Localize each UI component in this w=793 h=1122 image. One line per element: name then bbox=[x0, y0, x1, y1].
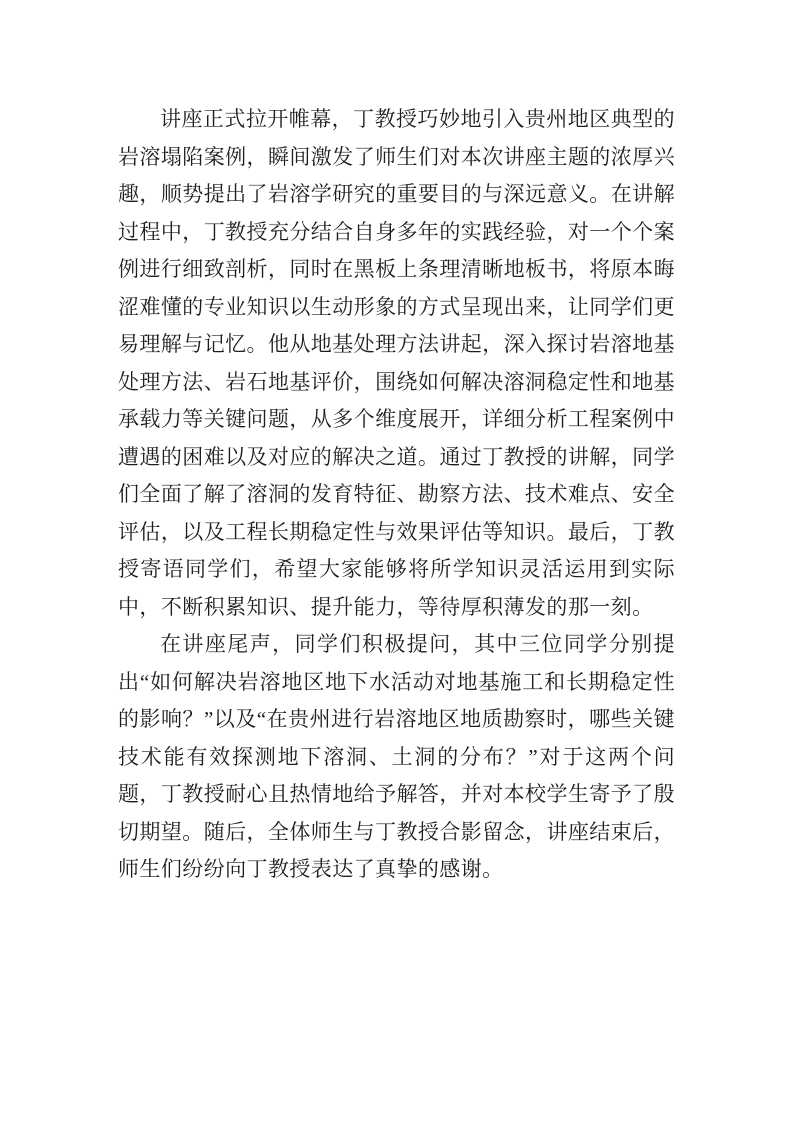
document-body: 讲座正式拉开帷幕，丁教授巧妙地引入贵州地区典型的岩溶塌陷案例，瞬间激发了师生们对… bbox=[0, 0, 793, 1122]
paragraph-lecture-closing: 在讲座尾声，同学们积极提问，其中三位同学分别提出“如何解决岩溶地区地下水活动对地… bbox=[118, 626, 675, 889]
paragraph-lecture-content: 讲座正式拉开帷幕，丁教授巧妙地引入贵州地区典型的岩溶塌陷案例，瞬间激发了师生们对… bbox=[118, 101, 675, 626]
document-page: { "document": { "background_color": "#ff… bbox=[0, 0, 793, 1122]
